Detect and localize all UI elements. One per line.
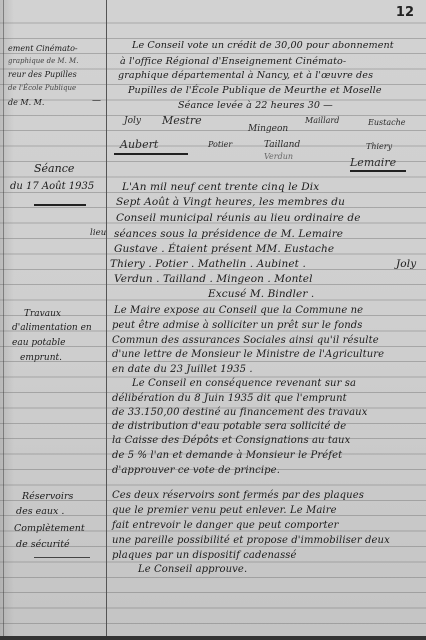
- body-line: Commun des assurances Sociales ainsi qu'…: [112, 335, 379, 346]
- page-edge: [3, 0, 4, 640]
- margin-note-line: eau potable: [12, 337, 65, 350]
- margin-note-line: Complètement: [14, 522, 85, 535]
- signature: Verdun: [264, 152, 293, 161]
- signature: Tailland: [264, 140, 300, 150]
- signature: Potier: [208, 140, 232, 149]
- margin-note-line: des eaux .: [16, 505, 64, 518]
- body-line: Conseil municipal réunis au lieu ordinai…: [116, 212, 361, 224]
- margin-note-line: emprunt.: [20, 352, 62, 365]
- body-line: L'An mil neuf cent trente cinq le Dix: [122, 181, 319, 193]
- body-line-right: Joly: [396, 258, 416, 270]
- body-line: Séance levée à 22 heures 30 —: [178, 100, 333, 111]
- heading-underline: [34, 204, 86, 206]
- margin-note-line: de sécurité: [16, 538, 70, 551]
- body-line: de 5 % l'an et demande à Monsieur le Pré…: [112, 450, 342, 461]
- body-line: Sept Août à Vingt heures, les membres du: [116, 196, 345, 208]
- margin-note-line: reur des Pupilles: [8, 68, 77, 81]
- body-line: Le Conseil vote un crédit de 30,00 pour …: [132, 40, 394, 51]
- body-line: Le Maire expose au Conseil que la Commun…: [114, 305, 363, 316]
- signature: Eustache: [368, 118, 405, 127]
- body-line: d'une lettre de Monsieur le Ministre de …: [112, 349, 384, 360]
- body-line: que le premier venu peut enlever. Le Mai…: [112, 505, 337, 516]
- signature-flourish: [350, 170, 406, 172]
- body-line: Verdun . Tailland . Mingeon . Montel: [114, 273, 313, 285]
- signature: Mingeon: [248, 124, 288, 134]
- margin-note-line: d'alimentation en: [12, 322, 92, 335]
- margin-note-line: de l'École Publique: [8, 82, 76, 95]
- body-line: une pareille possibilité et propose d'im…: [112, 535, 390, 546]
- margin-note-line: Travaux: [24, 308, 61, 321]
- body-line: de 33.150,00 destiné au financement des …: [112, 407, 367, 418]
- body-line: peut être admise à solliciter un prêt su…: [112, 320, 363, 331]
- margin-overflow-word: lieu: [90, 228, 106, 238]
- body-line: Thiery . Potier . Mathelin . Aubinet .: [110, 258, 306, 270]
- body-line: en date du 23 Juillet 1935 .: [112, 364, 253, 375]
- seance-date: du 17 Août 1935: [10, 180, 94, 193]
- margin-rule: [106, 0, 107, 640]
- signature: Aubert: [120, 138, 158, 151]
- signature: Lemaire: [350, 156, 396, 169]
- seance-title: Séance: [34, 162, 74, 175]
- register-page: 12 ement Cinémato- graphique de M. M. re…: [0, 0, 426, 640]
- body-line: la Caisse des Dépôts et Consignations au…: [112, 435, 350, 446]
- body-line: Pupilles de l'École Publique de Meurthe …: [128, 85, 382, 96]
- body-line: fait entrevoir le danger que peut compor…: [112, 520, 339, 531]
- page-number: 12: [396, 5, 414, 20]
- margin-note-line: de M. M.: [8, 96, 44, 109]
- signature: Mestre: [162, 114, 202, 127]
- body-line: Ces deux réservoirs sont fermés par des …: [112, 490, 364, 501]
- body-line: d'approuver ce vote de principe.: [112, 465, 280, 476]
- body-line: de distribution d'eau potable sera solli…: [112, 421, 346, 432]
- margin-dash: —: [92, 96, 101, 106]
- section-divider: [34, 557, 90, 558]
- body-line: Gustave . Étaient présent MM. Eustache: [114, 243, 334, 255]
- body-line: plaques par un dispositif cadenassé: [112, 550, 297, 561]
- body-line: à l'office Régional d'Enseignement Ciném…: [120, 56, 346, 67]
- signature-flourish: [114, 153, 188, 155]
- body-line: Le Conseil en conséquence revenant sur s…: [132, 378, 356, 389]
- body-line: délibération du 8 Juin 1935 dit que l'em…: [112, 393, 347, 404]
- margin-note-line: graphique de M. M.: [8, 55, 78, 68]
- body-line: graphique départemental à Nancy, et à l'…: [118, 70, 373, 81]
- body-line: Le Conseil approuve.: [138, 564, 247, 575]
- signature: Thiery: [366, 142, 392, 151]
- body-line: séances sous la présidence de M. Lemaire: [114, 228, 343, 240]
- signature: Maillard: [305, 116, 339, 125]
- signature: Joly: [124, 116, 141, 126]
- margin-note-line: Réservoirs: [22, 490, 73, 503]
- body-line: Excusé M. Bindler .: [208, 288, 314, 300]
- margin-note-line: ement Cinémato-: [8, 42, 78, 55]
- page-bottom-edge: [0, 636, 426, 640]
